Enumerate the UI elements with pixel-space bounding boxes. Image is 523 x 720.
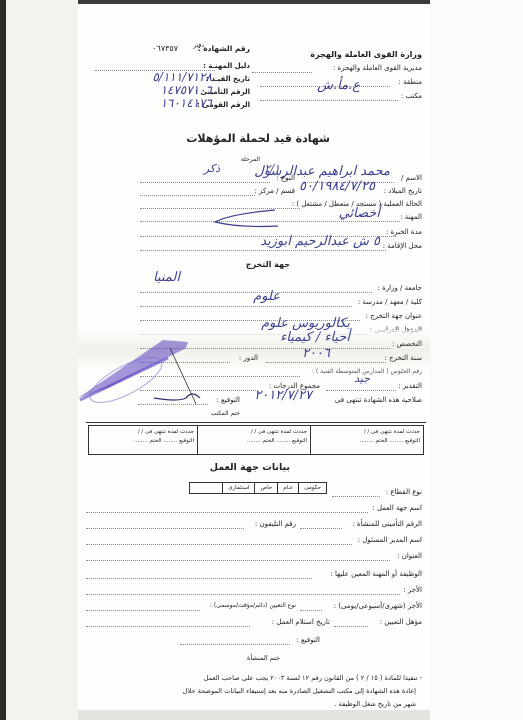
grade-value: جيد [354, 372, 370, 385]
renewal-signature-label: التوقيع ........ [163, 438, 194, 444]
renewal-cell: جددت لمدة تنتهى فى / / التوقيع ........ … [197, 426, 310, 454]
university-label: جامعة / وزارة : [378, 284, 423, 292]
office-stamp-label: ختم المكتب [211, 410, 240, 417]
renewal-date-label: جددت لمدة تنتهى فى / / [94, 428, 194, 437]
experience-label: مدة الخبرة : [386, 228, 422, 236]
renewal-stamp-label: الختم ........ [360, 438, 388, 444]
validity-value: ٢٠١٢/٧/٢٧ [254, 388, 312, 403]
wage-label: الأجر : [403, 586, 422, 594]
legal-note-line-1: - تنفيذا للمادة ( ١٥ / ٢ ) من القانون رق… [204, 672, 422, 684]
phone-label: رقم التليفون : [255, 520, 296, 528]
gender-value: ذكر [204, 162, 220, 175]
renewal-signature-label: التوقيع ........ [276, 438, 307, 444]
sector-line [332, 496, 380, 497]
grade-label: التقدير : [398, 382, 422, 390]
wage-line [86, 594, 400, 595]
renewal-date-label: جددت لمدة تنتهى فى / / [314, 428, 420, 437]
specialization-label: التخصص : [392, 340, 422, 348]
birth-date-label: تاريخ الميلاد : [384, 187, 422, 195]
employer-name-line [86, 512, 368, 513]
sector-option-public[interactable]: عـام [277, 483, 298, 493]
directorate-label: مديرية القوى العاملة والهجرة : [333, 64, 422, 72]
district-label: قسم / مركز : [255, 187, 295, 195]
job-line [86, 578, 312, 579]
ministry-name: وزارة القوى العاملة والهجرة [310, 50, 422, 59]
gender-label: النوع : [276, 174, 295, 182]
appointment-type-line [86, 610, 200, 611]
legal-note-line-2: إعادة هذه الشهادة إلى مكتب التشغيل الصاد… [183, 685, 416, 697]
graduation-year-value: ٢٠٠٦ [302, 346, 330, 361]
handwritten-scribble-icon [210, 208, 280, 230]
sector-label: نوع القطاع : [386, 488, 422, 496]
renewal-stamp-label: الختم ........ [134, 438, 162, 444]
profession-label: المهنة : [400, 213, 422, 221]
establishment-insurance-label: الرقم التأمينى للمنشأة : [352, 520, 422, 528]
certificate-number: ٠٦٧٣٥٧ [152, 44, 178, 53]
employer-signature-line [180, 644, 290, 645]
job-label: الوظيفة أو المهنة المعين عليها : [330, 570, 422, 578]
qualification-value: بكالوريوس علوم [261, 316, 350, 331]
sector-option-private[interactable]: خاص [254, 483, 277, 493]
establishment-stamp-label: ختم المنشأة [247, 654, 280, 662]
renewal-signature-label: التوقيع ........ [389, 438, 420, 444]
sector-options: حكومى عـام خاص استثمارى [189, 482, 327, 494]
validity-label: صلاحية هذه الشهادة تنتهى فى [335, 396, 422, 404]
manager-line [86, 544, 352, 545]
grade-line [326, 390, 396, 391]
sector-option-investment[interactable]: استثمارى [222, 483, 254, 493]
wage-type-label: الأجر (شهرى/أسبوعى/يومى) : [334, 602, 422, 610]
profession-value: أخصائي [339, 206, 380, 221]
gender-line [140, 182, 270, 183]
certificate-title: شهادة قيد لحملة المؤهلات [186, 132, 330, 145]
renewal-cell: جددت لمدة تنتهى فى / / التوقيع ........ … [91, 426, 197, 454]
scan-right-margin [430, 0, 523, 720]
round-label: الدور : [239, 354, 258, 362]
official-stamp-icon [68, 328, 198, 408]
birth-date-value: ٥٠/١٩٨٤/٧/٢٥ [299, 179, 375, 194]
region-handwritten: ع.مأ.ش [317, 78, 360, 93]
certificate-page: وزارة القوى العاملة والهجرة مديرية القوى… [78, 4, 430, 720]
directorate-line [252, 72, 312, 73]
register-label: دفتر [193, 42, 204, 49]
phone-line [86, 528, 244, 529]
stage-label: المرحلة [241, 156, 260, 163]
sector-option-government[interactable]: حكومى [298, 483, 326, 493]
address-line [86, 560, 390, 561]
faculty-label: كلية / معهد / مدرسة : [358, 298, 422, 306]
establishment-insurance-line [300, 528, 342, 529]
separator-line [86, 422, 426, 423]
profession-guide-label: دليل المهنـة : [203, 62, 250, 70]
employer-signature-label: التوقيع : [296, 636, 320, 644]
employer-name-label: اسم جهة العمل : [372, 504, 422, 512]
national-number-value: ١٦٠١٤١٧٦ [160, 96, 212, 110]
faculty-line [140, 306, 352, 307]
sector-option-blank[interactable] [190, 483, 222, 493]
renewal-stamp-label: الختم ........ [247, 438, 275, 444]
employer-section-title: بيانات جهة العمل [210, 462, 290, 473]
residence-line [140, 250, 386, 251]
district-line [140, 195, 255, 196]
legal-note-line-3: شهر من تاريخ شغل الوظيفة . [334, 698, 416, 710]
wage-type-line [300, 610, 322, 611]
certificate-number-label: رقم الشهادة : [198, 44, 250, 53]
residence-value: ٥ ش عبدالرحيم ابوزيد [260, 234, 380, 249]
residence-label: محل الإقامة : [383, 242, 422, 250]
university-value: المنيا [153, 270, 180, 285]
appointment-qualification-line [334, 626, 368, 627]
address-label: العنوان : [397, 552, 422, 560]
faculty-value: علوم [253, 289, 280, 304]
renewal-cell: جددت لمدة تنتهى فى / / التوقيع ........ … [310, 426, 423, 454]
graduation-address-label: عنوان جهة التخرج : [366, 312, 422, 320]
specialization-value: أحياء / كيمياء [280, 330, 350, 345]
registration-date-label: تاريخ القيـد : [206, 75, 250, 83]
signature-label: التوقيع : [216, 396, 240, 404]
office-line [260, 100, 398, 101]
renewal-date-label: جددت لمدة تنتهى فى / / [201, 428, 307, 437]
renewal-table: جددت لمدة تنتهى فى / / التوقيع ........ … [88, 425, 424, 455]
region-label: منطقة : [399, 78, 422, 86]
appointment-type-label: نوع التعيين (دائم/مؤقت/موسمى) : [210, 602, 296, 609]
manager-label: اسم المدير المسئول : [358, 536, 422, 544]
graduation-year-label: سنة التخرج : [384, 354, 422, 362]
start-date-line [86, 626, 250, 627]
start-date-label: تاريخ استلام العمل : [272, 618, 330, 626]
name-label: الاسم / [401, 174, 422, 182]
graduation-section-title: جهة التخرج [246, 260, 290, 269]
insurance-number-value: ١٤٧٥٧١٠٦ [160, 83, 212, 97]
scan-bottom-shadow [78, 710, 430, 720]
office-label: مكتب : [401, 92, 422, 100]
appointment-qualification-label: مؤهل التعيين : [380, 618, 422, 626]
registration-date-value: ٥/١١١/٧١٢٨ [152, 70, 212, 84]
graduation-year-line [266, 362, 386, 363]
